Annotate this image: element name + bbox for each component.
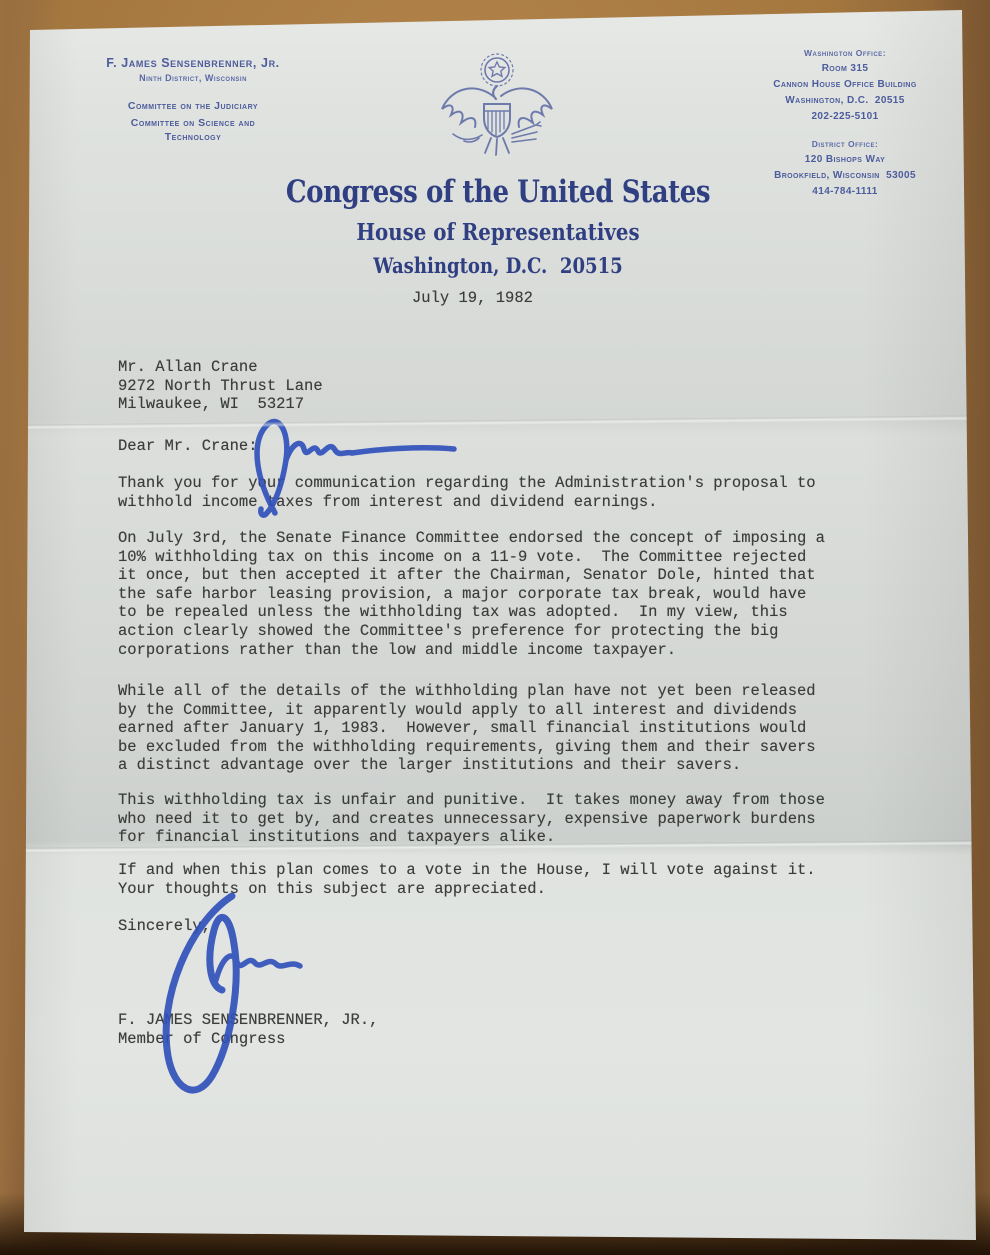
letter-paper: F. James Sensenbrenner, Jr. Ninth Distri… (20, 8, 976, 1244)
letter-date: July 19, 1982 (412, 289, 533, 308)
signer-title: Member of Congress (118, 1030, 285, 1048)
recipient-address: Mr. Allan Crane 9272 North Thrust Lane M… (118, 358, 323, 414)
paragraph-4: This withholding tax is unfair and punit… (118, 791, 825, 847)
paragraph-5: If and when this plan comes to a vote in… (118, 861, 816, 898)
closing: Sincerely, (118, 917, 211, 936)
salutation: Dear Mr. Crane: (118, 437, 258, 456)
photo-background: F. James Sensenbrenner, Jr. Ninth Distri… (0, 0, 990, 1255)
paragraph-1: Thank you for your communication regardi… (118, 474, 816, 511)
paragraph-3: While all of the details of the withhold… (118, 682, 816, 775)
signer-name: F. JAMES SENSENBRENNER, JR., (118, 1011, 378, 1029)
typewritten-body: July 19, 1982 Mr. Allan Crane 9272 North… (20, 8, 976, 1244)
paragraph-2: On July 3rd, the Senate Finance Committe… (118, 529, 825, 659)
signature-block: F. JAMES SENSENBRENNER, JR., Member of C… (118, 1011, 378, 1048)
